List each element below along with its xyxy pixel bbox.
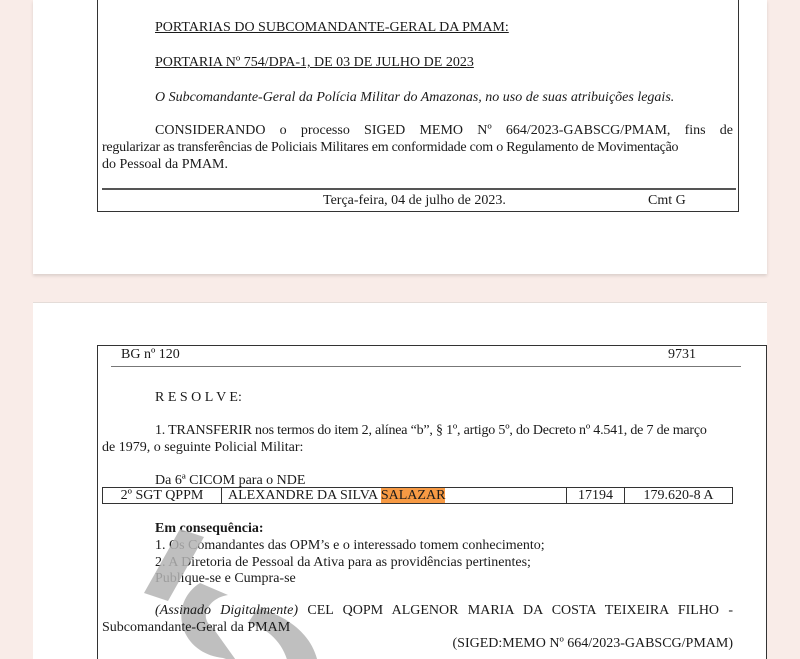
section-heading: PORTARIAS DO SUBCOMANDANTE-GERAL DA PMAM… bbox=[155, 20, 509, 36]
document-page-1: PORTARIAS DO SUBCOMANDANTE-GERAL DA PMAM… bbox=[33, 0, 767, 274]
considerando-line-2: regularizar as transferências de Policia… bbox=[102, 140, 733, 156]
consequence-item-2: 2. A Diretoria de Pessoal da Ativa para … bbox=[155, 555, 531, 571]
signature-line-2: Subcomandante-Geral da PMAM bbox=[102, 620, 290, 636]
footer-divider bbox=[102, 188, 736, 190]
considerando-line-3: do Pessoal da PMAM. bbox=[102, 157, 228, 173]
siged-reference: (SIGED:MEMO Nº 664/2023-GABSCG/PMAM) bbox=[453, 636, 733, 652]
signature-name: CEL QOPM ALGENOR MARIA DA COSTA TEIXEIRA… bbox=[307, 603, 733, 618]
name-prefix: ALEXANDRE DA SILVA bbox=[228, 488, 381, 503]
consequence-item-1: 1. Os Comandantes das OPM’s e o interess… bbox=[155, 538, 545, 554]
highlighted-surname: SALAZAR bbox=[381, 488, 446, 503]
registration-cell: 179.620-8 A bbox=[625, 488, 733, 504]
signature-prefix: (Assinado Digitalmente) bbox=[155, 603, 298, 618]
item-1-line-2: de 1979, o seguinte Policial Militar: bbox=[102, 440, 303, 456]
resolve-heading: R E S O L V E: bbox=[155, 390, 242, 406]
publish-line: Publique-se e Cumpra-se bbox=[155, 571, 296, 587]
page-number: 9731 bbox=[668, 347, 696, 363]
portaria-intro: O Subcomandante-Geral da Polícia Militar… bbox=[155, 90, 674, 106]
table-row: 2º SGT QPPM ALEXANDRE DA SILVA SALAZAR 1… bbox=[103, 488, 733, 504]
footer-date: Terça-feira, 04 de julho de 2023. bbox=[323, 193, 506, 209]
number-cell: 17194 bbox=[567, 488, 625, 504]
footer-section: Cmt G bbox=[648, 193, 686, 209]
item-1-line-1: 1. TRANSFERIR nos termos do item 2, alín… bbox=[155, 423, 733, 439]
military-table: 2º SGT QPPM ALEXANDRE DA SILVA SALAZAR 1… bbox=[102, 487, 733, 504]
considerando-line-1: CONSIDERANDO o processo SIGED MEMO Nº 66… bbox=[155, 123, 733, 139]
signature-line-1: (Assinado Digitalmente) CEL QOPM ALGENOR… bbox=[155, 603, 733, 619]
portaria-title: PORTARIA Nº 754/DPA-1, DE 03 DE JULHO DE… bbox=[155, 55, 474, 71]
consequence-title: Em consequência: bbox=[155, 521, 264, 537]
header-divider bbox=[111, 366, 741, 367]
name-cell: ALEXANDRE DA SILVA SALAZAR bbox=[222, 488, 567, 504]
document-page-2: BG nº 120 9731 R E S O L V E: 1. TRANSFE… bbox=[33, 302, 767, 659]
bulletin-number: BG nº 120 bbox=[121, 347, 180, 363]
rank-cell: 2º SGT QPPM bbox=[103, 488, 222, 504]
